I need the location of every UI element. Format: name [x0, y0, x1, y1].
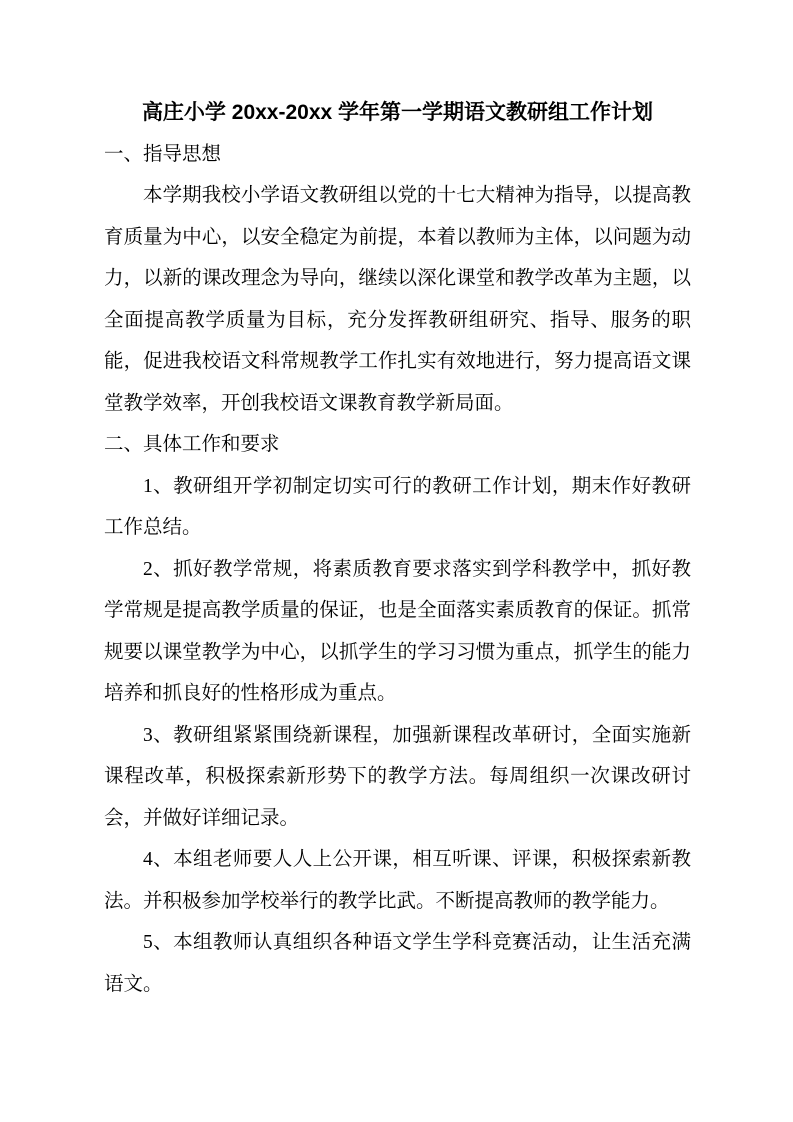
work-item-3: 3、教研组紧紧围绕新课程，加强新课程改革研讨，全面实施新课程改革，积极探索新形势… — [104, 715, 691, 840]
work-item-4: 4、本组老师要人人上公开课，相互听课、评课，积极探索新教法。并积极参加学校举行的… — [104, 839, 691, 922]
document-page: 高庄小学 20xx-20xx 学年第一学期语文教研组工作计划 一、指导思想 本学… — [0, 0, 793, 1122]
guiding-ideology-paragraph: 本学期我校小学语文教研组以党的十七大精神为指导，以提高教育质量为中心，以安全稳定… — [104, 175, 691, 424]
work-item-2: 2、抓好教学常规，将素质教育要求落实到学科教学中，抓好教学常规是提高教学质量的保… — [104, 549, 691, 715]
section-guiding-ideology-heading: 一、指导思想 — [104, 134, 691, 176]
section-specific-work-heading: 二、具体工作和要求 — [104, 424, 691, 466]
work-item-5: 5、本组教师认真组织各种语文学生学科竞赛活动，让生活充满语文。 — [104, 922, 691, 1005]
work-item-1: 1、教研组开学初制定切实可行的教研工作计划，期末作好教研工作总结。 — [104, 466, 691, 549]
document-title: 高庄小学 20xx-20xx 学年第一学期语文教研组工作计划 — [104, 92, 691, 134]
